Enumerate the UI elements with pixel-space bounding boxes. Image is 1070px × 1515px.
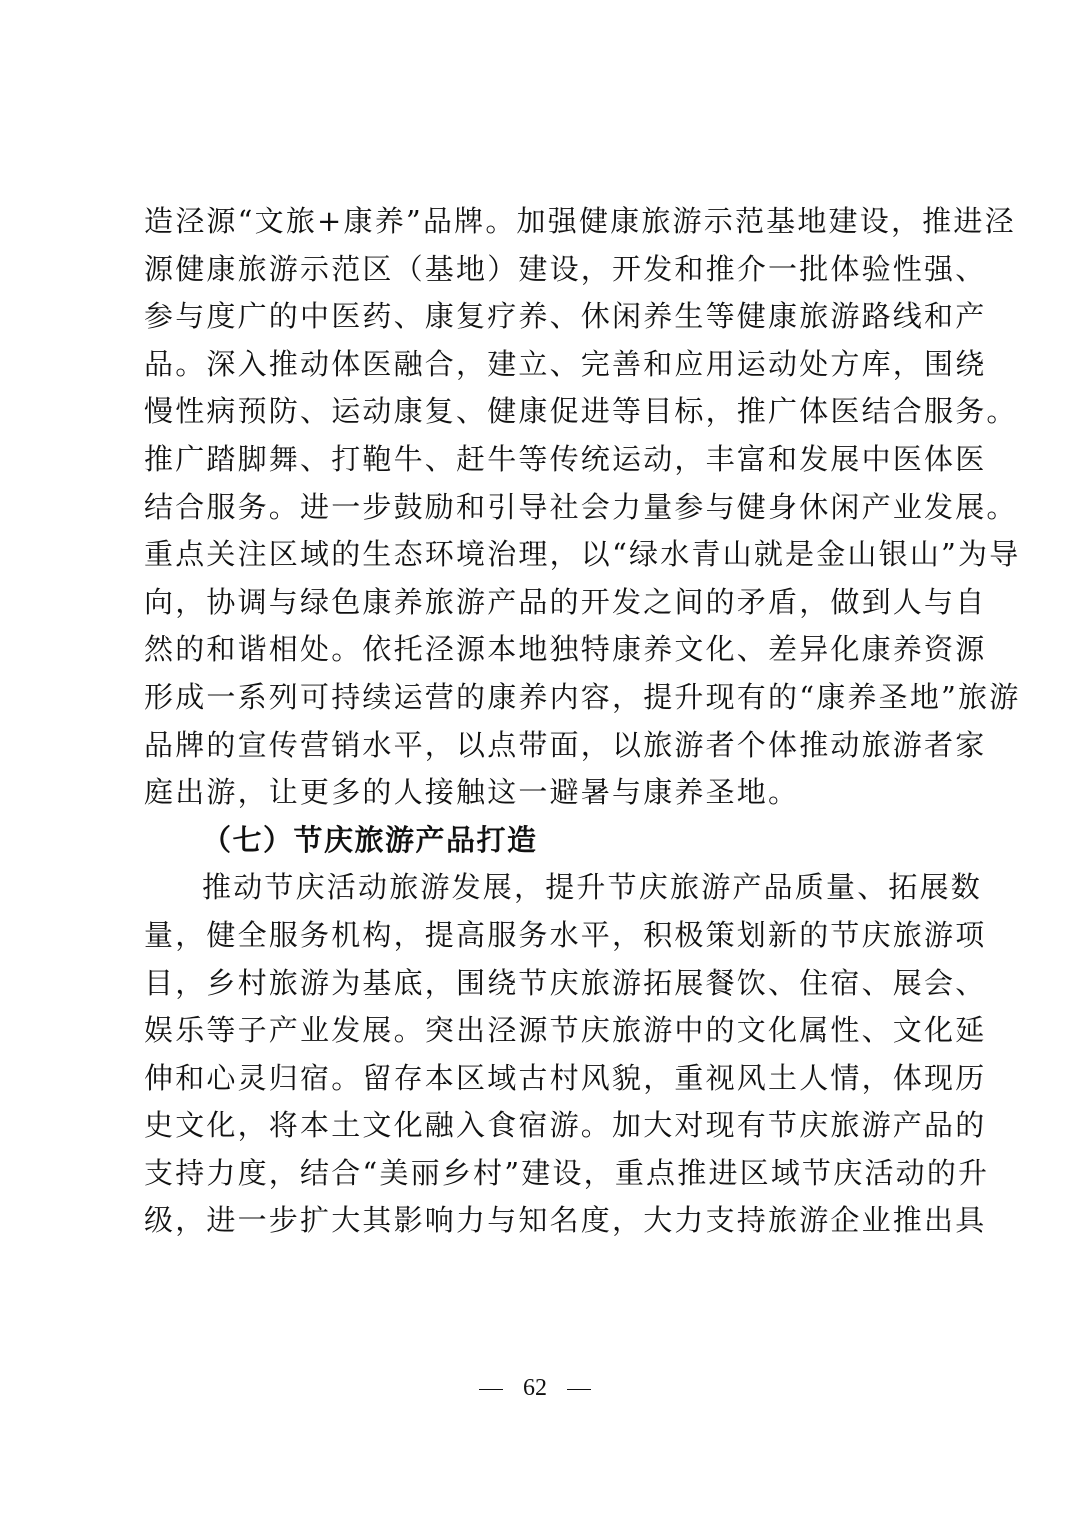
text-line: 造泾源“文旅+康养”品牌。加强健康旅游示范基地建设，推进泾 (144, 198, 944, 246)
text-line: 支持力度，结合“美丽乡村”建设，重点推进区域节庆活动的升 (144, 1150, 944, 1198)
document-page: 造泾源“文旅+康养”品牌。加强健康旅游示范基地建设，推进泾 源健康旅游示范区（基… (0, 0, 1070, 1515)
text-line: 目，乡村旅游为基底，围绕节庆旅游拓展餐饮、住宿、展会、 (144, 960, 944, 1008)
text-line: 史文化，将本土文化融入食宿游。加大对现有节庆旅游产品的 (144, 1102, 944, 1150)
text-line: 推动节庆活动旅游发展，提升节庆旅游产品质量、拓展数 (144, 864, 944, 912)
text-line: 重点关注区域的生态环境治理，以“绿水青山就是金山银山”为导 (144, 531, 944, 579)
dash-right (567, 1389, 591, 1390)
body-text: 造泾源“文旅+康养”品牌。加强健康旅游示范基地建设，推进泾 源健康旅游示范区（基… (144, 198, 944, 1245)
text-line: 然的和谐相处。依托泾源本地独特康养文化、差异化康养资源 (144, 626, 944, 674)
text-line: 伸和心灵归宿。留存本区域古村风貌，重视风土人情，体现历 (144, 1055, 944, 1103)
dash-left (479, 1389, 503, 1390)
text-line: 结合服务。进一步鼓励和引导社会力量参与健身休闲产业发展。 (144, 484, 944, 532)
text-line: 推广踏脚舞、打鞄牛、赶牛等传统运动，丰富和发展中医体医 (144, 436, 944, 484)
text-line: 参与度广的中医药、康复疗养、休闲养生等健康旅游路线和产 (144, 293, 944, 341)
text-line: 庭出游，让更多的人接触这一避暑与康养圣地。 (144, 769, 944, 817)
text-line: 源健康旅游示范区（基地）建设，开发和推介一批体验性强、 (144, 246, 944, 294)
text-line: 形成一系列可持续运营的康养内容，提升现有的“康养圣地”旅游 (144, 674, 944, 722)
text-line: 品。深入推动体医融合，建立、完善和应用运动处方库，围绕 (144, 341, 944, 389)
text-line: 品牌的宣传营销水平，以点带面，以旅游者个体推动旅游者家 (144, 722, 944, 770)
text-line: 量，健全服务机构，提高服务水平，积极策划新的节庆旅游项 (144, 912, 944, 960)
page-number: 62 (0, 1375, 1070, 1402)
text-line: 娱乐等子产业发展。突出泾源节庆旅游中的文化属性、文化延 (144, 1007, 944, 1055)
section-heading: （七）节庆旅游产品打造 (144, 817, 944, 865)
text-line: 向，协调与绿色康养旅游产品的开发之间的矛盾，做到人与自 (144, 579, 944, 627)
text-line: 慢性病预防、运动康复、健康促进等目标，推广体医结合服务。 (144, 388, 944, 436)
page-number-value: 62 (523, 1375, 547, 1401)
text-line: 级，进一步扩大其影响力与知名度，大力支持旅游企业推出具 (144, 1197, 944, 1245)
